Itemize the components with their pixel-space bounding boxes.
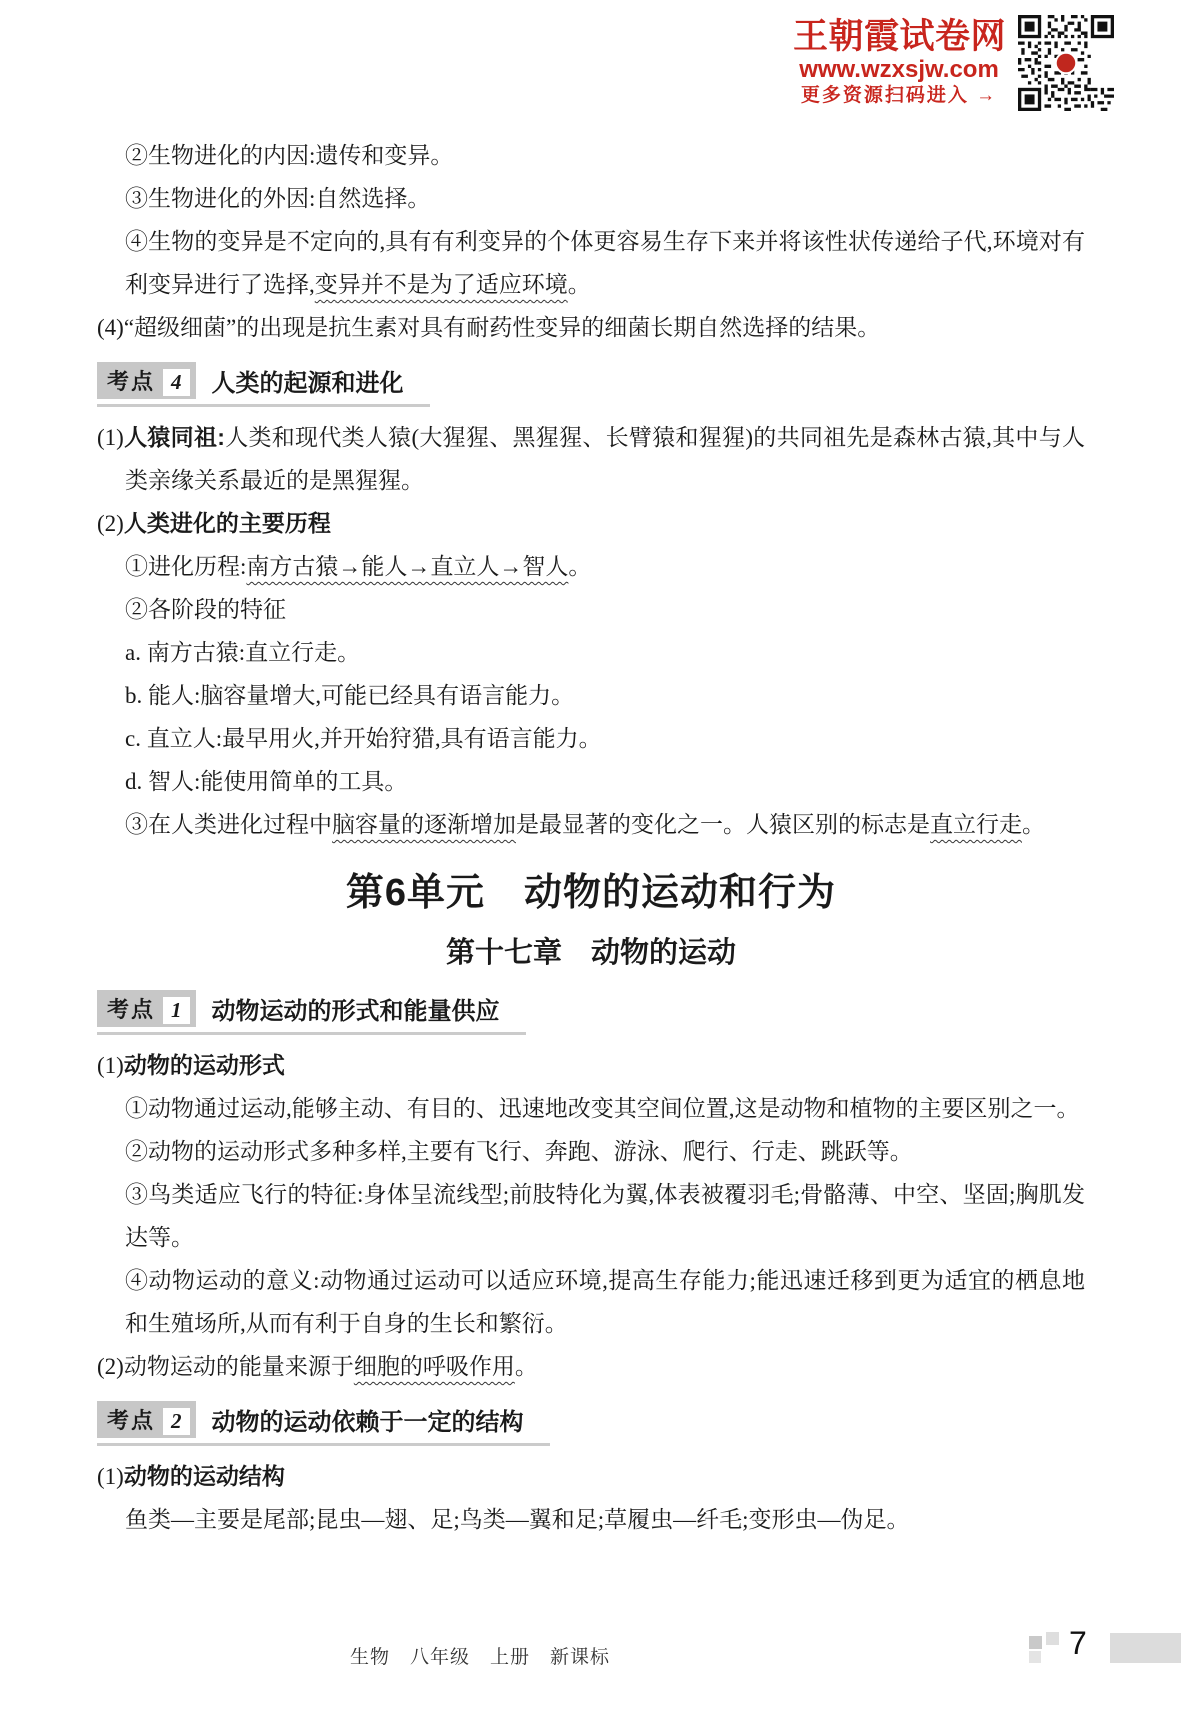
footer-book-info: 生物 八年级 上册 新课标: [90, 1642, 870, 1669]
text-segment-wavy-underline: 南方古猿→能人→直立人→智人: [246, 554, 568, 579]
topic-badge-label: 考点: [107, 997, 155, 1022]
line-movement-forms-title: (1)动物的运动形式: [97, 1044, 1085, 1087]
footer-pixel-decoration: [1029, 1636, 1042, 1649]
footer-bar-decoration: [1110, 1633, 1181, 1663]
text-segment: (1): [97, 1053, 124, 1078]
text-segment: (2): [97, 511, 124, 536]
qr-code-icon: [1018, 14, 1114, 112]
line-brain-capacity: ③在人类进化过程中脑容量的逐渐增加是最显著的变化之一。人猿区别的标志是直立行走。: [97, 803, 1085, 846]
topic-heading-1: 考点1动物运动的形式和能量供应: [97, 990, 526, 1035]
brand-tagline: 更多资源扫码进入 →: [793, 83, 1005, 109]
page-number-block: 7: [1027, 1629, 1181, 1665]
line-bird-flight-features: ③鸟类适应飞行的特征:身体呈流线型;前肢特化为翼,体表被覆羽毛;骨骼薄、中空、坚…: [97, 1173, 1085, 1259]
text-segment: ④生物的变异是不定向的,具有有利变异的个体更容易生存下来并将该性状传递给子代,环…: [125, 229, 1085, 297]
text-segment-wavy-underline: 直立行走: [930, 812, 1022, 837]
brand-logo: 王朝霞试卷网: [793, 18, 1005, 56]
text-segment: 。: [568, 554, 591, 579]
topic-badge: 考点2: [97, 1401, 196, 1438]
topic-title: 动物运动的形式和能量供应: [212, 998, 500, 1025]
line-evolution-internal-cause: ②生物进化的内因:遗传和变异。: [97, 134, 1085, 177]
line-human-evolution-course: (2)人类进化的主要历程: [97, 502, 1085, 545]
line-movement-definition: ①动物通过运动,能够主动、有目的、迅速地改变其空间位置,这是动物和植物的主要区别…: [97, 1087, 1085, 1130]
text-segment: 是最显著的变化之一。人猿区别的标志是: [516, 812, 930, 837]
text-segment-wavy-underline: 脑容量的逐渐增加: [332, 812, 516, 837]
topic-title: 动物的运动依赖于一定的结构: [212, 1409, 524, 1436]
line-energy-source: (2)动物运动的能量来源于细胞的呼吸作用。: [97, 1345, 1085, 1388]
line-homo-habilis: b. 能人:脑容量增大,可能已经具有语言能力。: [97, 674, 1085, 717]
topic-heading-2: 考点2动物的运动依赖于一定的结构: [97, 1401, 550, 1446]
document-body: ②生物进化的内因:遗传和变异。 ③生物进化的外因:自然选择。 ④生物的变异是不定…: [97, 134, 1085, 1541]
line-common-ancestor: (1)人猿同祖:人类和现代类人猿(大猩猩、黑猩猩、长臂猿和猩猩)的共同祖先是森林…: [97, 416, 1085, 502]
text-segment: ③在人类进化过程中: [125, 812, 332, 837]
text-segment: (2)动物运动的能量来源于: [97, 1354, 354, 1379]
text-segment-bold: 人猿同祖:: [124, 424, 225, 450]
text-segment-wavy-underline: 变异并不是为了适应环境: [315, 272, 568, 297]
topic-badge-number: 2: [163, 1408, 190, 1435]
chapter-heading: 第十七章 动物的运动: [97, 936, 1085, 970]
topic-badge: 考点1: [97, 990, 196, 1027]
line-evolution-sequence: ①进化历程:南方古猿→能人→直立人→智人。: [97, 545, 1085, 588]
text-segment: 。: [568, 272, 591, 297]
line-homo-erectus: c. 直立人:最早用火,并开始狩猎,具有语言能力。: [97, 717, 1085, 760]
text-segment-bold: 动物的运动形式: [124, 1052, 285, 1078]
footer-pixel-decoration: [1046, 1632, 1059, 1645]
line-movement-structures: 鱼类—主要是尾部;昆虫—翅、足;鸟类—翼和足;草履虫—纤毛;变形虫—伪足。: [97, 1498, 1085, 1541]
line-australopithecus: a. 南方古猿:直立行走。: [97, 631, 1085, 674]
text-segment-wavy-underline: 细胞的呼吸作用: [354, 1354, 515, 1379]
line-movement-variety: ②动物的运动形式多种多样,主要有飞行、奔跑、游泳、爬行、行走、跳跃等。: [97, 1130, 1085, 1173]
text-segment-bold: 动物的运动结构: [124, 1463, 285, 1489]
brand-url: www.wzxsjw.com: [793, 56, 1005, 83]
brand-block: 王朝霞试卷网 www.wzxsjw.com 更多资源扫码进入 →: [793, 18, 1005, 109]
line-homo-sapiens: d. 智人:能使用简单的工具。: [97, 760, 1085, 803]
topic-heading-4: 考点4人类的起源和进化: [97, 362, 430, 407]
text-segment: 。: [1022, 812, 1045, 837]
line-evolution-external-cause: ③生物进化的外因:自然选择。: [97, 177, 1085, 220]
footer-pixel-decoration: [1029, 1651, 1041, 1663]
text-segment: 。: [515, 1354, 538, 1379]
line-superbug: (4)“超级细菌”的出现是抗生素对具有耐药性变异的细菌长期自然选择的结果。: [97, 306, 1085, 349]
line-stage-features: ②各阶段的特征: [97, 588, 1085, 631]
topic-badge-number: 1: [163, 997, 190, 1024]
unit-heading: 第6单元 动物的运动和行为: [97, 870, 1085, 916]
page-number: 7: [1069, 1625, 1087, 1662]
text-segment: 人类和现代类人猿(大猩猩、黑猩猩、长臂猿和猩猩)的共同祖先是森林古猿,其中与人类…: [125, 425, 1085, 493]
text-segment-bold: 人类进化的主要历程: [124, 510, 331, 536]
site-header: 王朝霞试卷网 www.wzxsjw.com 更多资源扫码进入 →: [793, 14, 1114, 112]
line-variation-undirected: ④生物的变异是不定向的,具有有利变异的个体更容易生存下来并将该性状传递给子代,环…: [97, 220, 1085, 306]
line-movement-significance: ④动物运动的意义:动物通过运动可以适应环境,提高生存能力;能迅速迁移到更为适宜的…: [97, 1259, 1085, 1345]
topic-title: 人类的起源和进化: [212, 370, 404, 397]
line-movement-structure-title: (1)动物的运动结构: [97, 1455, 1085, 1498]
topic-badge-number: 4: [163, 369, 190, 396]
topic-badge-label: 考点: [107, 1408, 155, 1433]
topic-badge: 考点4: [97, 362, 196, 399]
text-segment: (1): [97, 425, 124, 450]
topic-badge-label: 考点: [107, 369, 155, 394]
text-segment: (1): [97, 1464, 124, 1489]
text-segment: ①进化历程:: [125, 554, 246, 579]
textbook-page: 王朝霞试卷网 www.wzxsjw.com 更多资源扫码进入 →: [0, 0, 1181, 1730]
